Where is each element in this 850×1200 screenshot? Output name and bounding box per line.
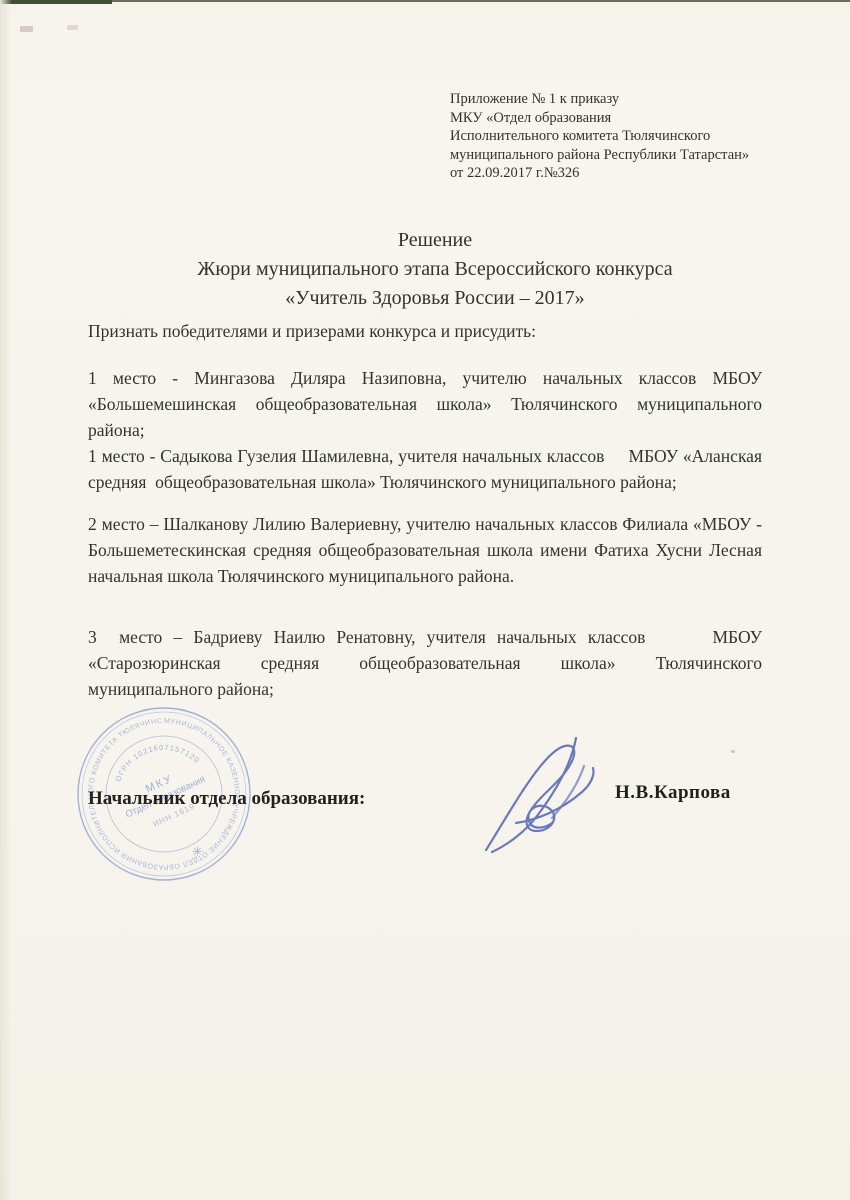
award-paragraph-first-place-1: 1 место - Мингазова Диляра Назиповна, уч… — [88, 365, 762, 443]
handwritten-signature — [472, 726, 632, 861]
appendix-header-line: Приложение № 1 к приказу — [450, 90, 790, 109]
scan-left-edge — [0, 0, 12, 1200]
intro-paragraph: Признать победителями и призерами конкур… — [88, 318, 762, 344]
appendix-header-line: Исполнительного комитета Тюлячинского — [450, 127, 790, 146]
title-line-resolution: Решение — [85, 226, 785, 255]
appendix-header: Приложение № 1 к приказу МКУ «Отдел обра… — [450, 90, 790, 183]
award-paragraph-second-place: 2 место – Шалканову Лилию Валериевну, уч… — [88, 511, 762, 589]
appendix-header-line: от 22.09.2017 г.№326 — [450, 164, 790, 183]
signature-row: Начальник отдела образования: Н.В.Карпов… — [88, 788, 762, 814]
seal-ogrn-text: ОГРН 1021607157120 — [113, 743, 201, 783]
signatory-name: Н.В.Карпова — [615, 782, 731, 804]
scan-smudge — [67, 25, 78, 30]
scan-smudge — [20, 26, 33, 32]
appendix-header-line: МКУ «Отдел образования — [450, 109, 790, 128]
signatory-title: Начальник отдела образования: — [88, 788, 365, 810]
document-title: Решение Жюри муниципального этапа Всерос… — [85, 226, 785, 313]
title-line-contest: «Учитель Здоровья России – 2017» — [85, 284, 785, 313]
title-line-jury: Жюри муниципального этапа Всероссийского… — [85, 255, 785, 284]
award-paragraph-first-place-2: 1 место - Садыкова Гузелия Шамилевна, уч… — [88, 443, 762, 495]
document-body: Признать победителями и призерами конкур… — [88, 318, 762, 702]
appendix-header-line: муниципального района Республики Татарст… — [450, 146, 790, 165]
scan-top-left-edge — [0, 0, 112, 4]
award-paragraph-third-place: 3 место – Бадриеву Наилю Ренатовну, учит… — [88, 624, 762, 702]
scan-speck — [731, 750, 735, 753]
seal-asterisk-symbol: ✳ — [192, 844, 203, 859]
scan-top-edge — [0, 0, 850, 2]
scanned-document-page: МУНИЦИПАЛЬНОЕ КАЗЕННОЕ УЧРЕЖДЕНИЕ ОТДЕЛ … — [0, 0, 850, 1200]
svg-text:ОГРН 1021607157120: ОГРН 1021607157120 — [113, 743, 201, 783]
